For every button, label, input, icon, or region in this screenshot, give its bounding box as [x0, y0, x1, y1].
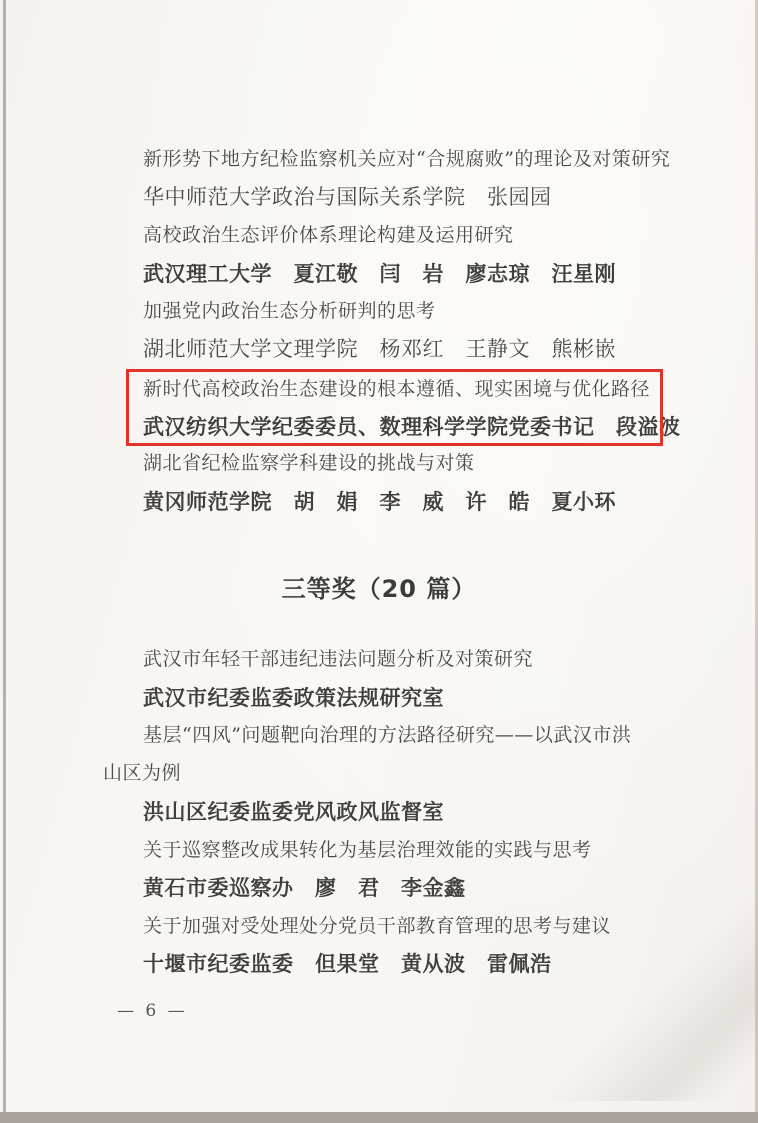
institution-authors-line: 湖北师范大学文理学院 杨邓红 王静文 熊彬嵌: [143, 339, 616, 360]
paper-title-line-highlighted: 新时代高校政治生态建设的根本遵循、现实困境与优化路径: [143, 380, 650, 399]
paper-title-line: 关于巡察整改成果转化为基层治理效能的实践与思考: [143, 841, 592, 860]
paper-title-line: 湖北省纪检监察学科建设的挑战与对策: [143, 454, 475, 473]
scan-edge-left: [3, 0, 6, 1112]
scan-background-bottom: [0, 1112, 758, 1123]
section-heading: 三等奖（20 篇）: [0, 569, 758, 604]
paper-title-continuation-line: 山区为例: [103, 764, 181, 783]
institution-authors-line: 黄石市委巡察办 廖 君 李金鑫: [143, 877, 466, 898]
paper-title-line: 基层“四风”问题靶向治理的方法路径研究——以武汉市洪: [143, 726, 631, 745]
paper-title-line: 新形势下地方纪检监察机关应对“合规腐败”的理论及对策研究: [143, 150, 670, 169]
page-corner-shadow: [498, 871, 758, 1101]
institution-authors-line-highlighted: 武汉纺织大学纪委委员、数理科学学院党委书记 段溢波: [143, 416, 681, 437]
paper-title-line: 关于加强对受处理处分党员干部教育管理的思考与建议: [143, 917, 611, 936]
institution-authors-line: 华中师范大学政治与国际关系学院 张园园: [143, 187, 552, 208]
page-number: — 6 —: [117, 1001, 188, 1021]
institution-authors-line: 武汉市纪委监委政策法规研究室: [143, 687, 444, 708]
institution-authors-line: 洪山区纪委监委党风政风监督室: [143, 801, 444, 822]
paper-title-line: 加强党内政治生态分析研判的思考: [143, 302, 436, 321]
paper-title-line: 武汉市年轻干部违纪违法问题分析及对策研究: [143, 650, 533, 669]
scanned-page: 新形势下地方纪检监察机关应对“合规腐败”的理论及对策研究 华中师范大学政治与国际…: [0, 0, 758, 1112]
institution-authors-line: 十堰市纪委监委 但果堂 黄从波 雷佩浩: [143, 953, 552, 974]
institution-authors-line: 黄冈师范学院 胡 娟 李 威 许 皓 夏小环: [143, 491, 616, 512]
institution-authors-line: 武汉理工大学 夏江敬 闫 岩 廖志琼 汪星刚: [143, 263, 616, 284]
paper-title-line: 高校政治生态评价体系理论构建及运用研究: [143, 226, 514, 245]
